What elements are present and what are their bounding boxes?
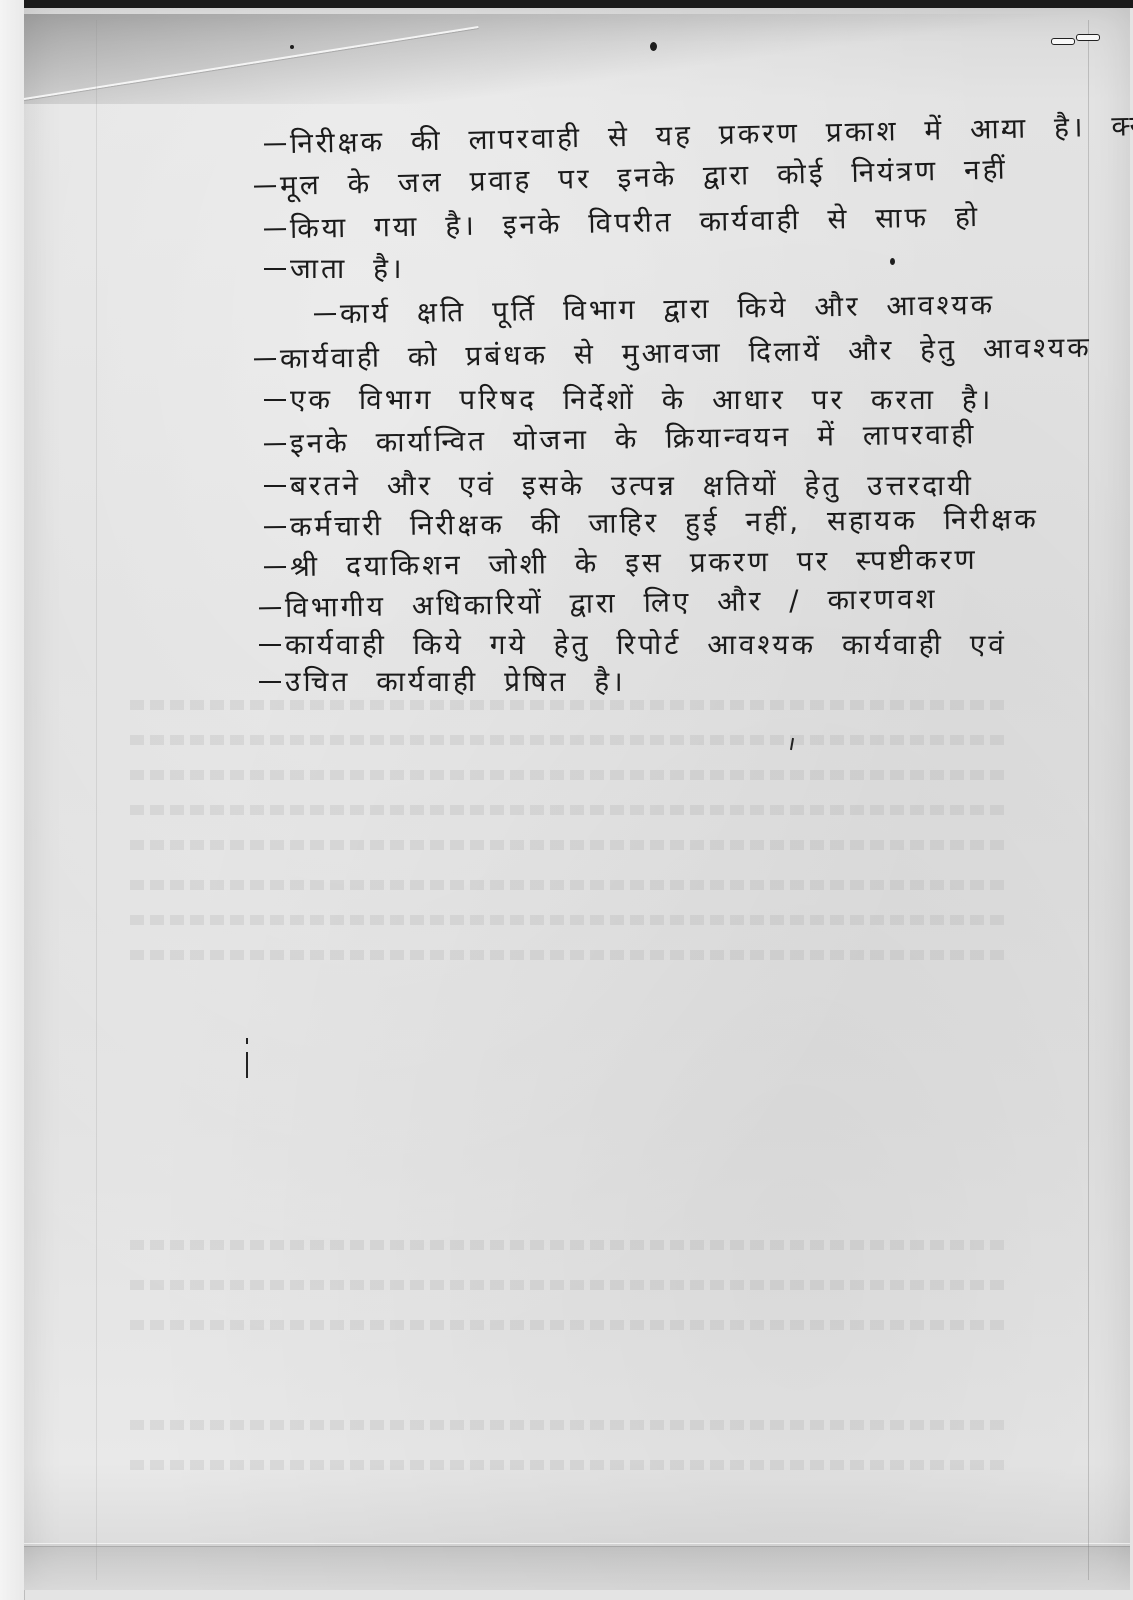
- paragraph-2-line-2: कार्यवाही को प्रबंधक से मुआवजा दिलायें औ…: [280, 328, 1092, 377]
- paragraph-2-line-10: उचित कार्यवाही प्रेषित है।: [285, 662, 626, 700]
- paragraph-1-line-3: किया गया है। इनके विपरीत कार्यवाही से सा…: [290, 197, 981, 247]
- paragraph-2-line-4: इनके कार्यान्वित योजना के क्रियान्वयन मे…: [290, 414, 977, 462]
- paragraph-2-line-8: विभागीय अधिकारियों द्वारा लिए और / कारणव…: [285, 579, 938, 626]
- paragraph-2-line-9: कार्यवाही किये गये हेतु रिपोर्ट आवश्यक क…: [285, 625, 1007, 663]
- paragraph-1-line-4: जाता है।: [290, 249, 405, 287]
- paragraph-2-line-7: श्री दयाकिशन जोशी के इस प्रकरण पर स्पष्ट…: [290, 540, 978, 585]
- paragraph-2-line-1: कार्य क्षति पूर्ति विभाग द्वारा किये और …: [340, 285, 996, 332]
- paragraph-2-line-6: कर्मचारी निरीक्षक की जाहिर हुई नहीं, सहा…: [290, 499, 1039, 545]
- handwritten-text-block: निरीक्षक की लापरवाही से यह प्रकरण प्रकाश…: [0, 0, 1133, 1600]
- scanned-page: निरीक्षक की लापरवाही से यह प्रकरण प्रकाश…: [0, 0, 1133, 1600]
- paragraph-2-line-3: एक विभाग परिषद निर्देशों के आधार पर करता…: [290, 380, 993, 418]
- paragraph-2-line-5: बरतने और एवं इसके उत्पन्न क्षतियों हेतु …: [290, 466, 974, 504]
